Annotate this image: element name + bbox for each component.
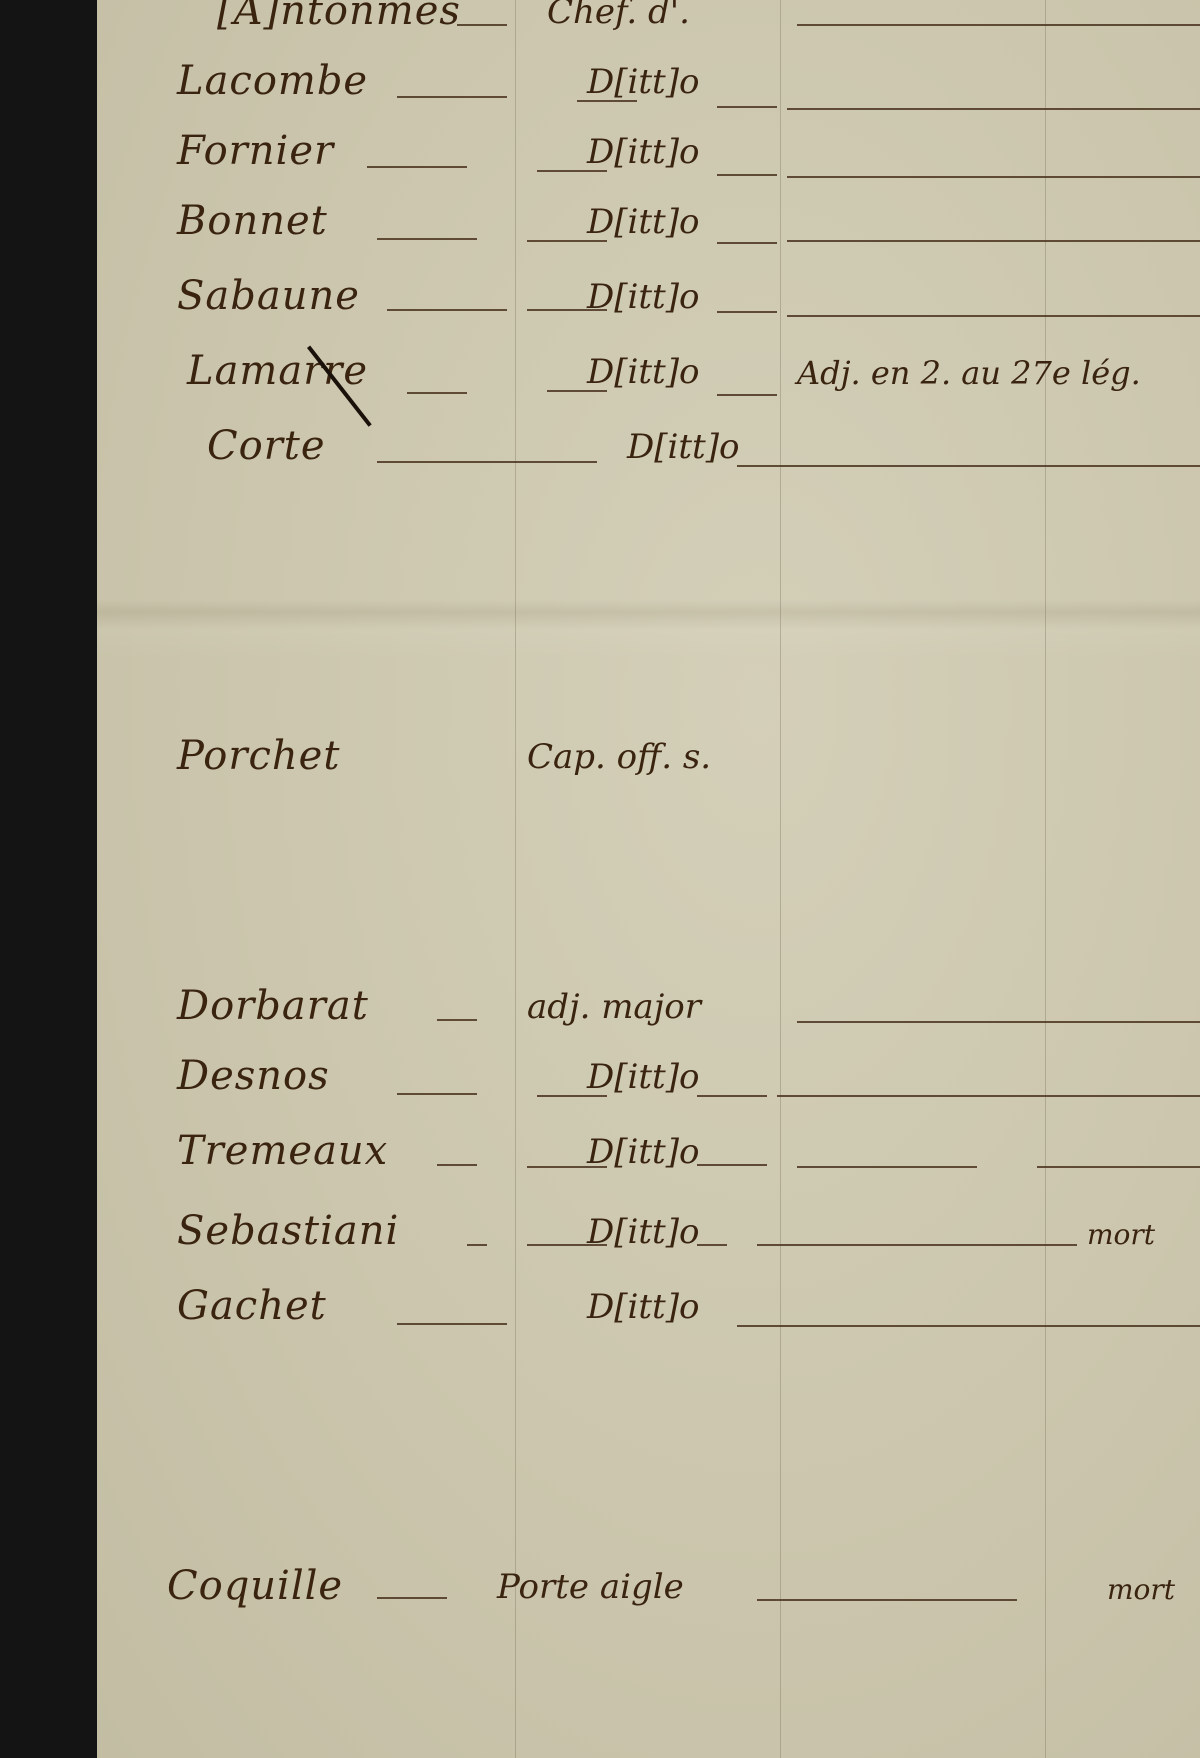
register-row: Coquille Porte aigle mort	[97, 1555, 1200, 1625]
register-row: Corte D[itt]o	[97, 415, 1200, 485]
register-row: Lamarre D[itt]o Adj. en 2. au 27e lég.	[97, 340, 1200, 410]
person-rank: adj. major	[527, 987, 701, 1027]
person-name: Coquille	[167, 1563, 343, 1609]
person-name: Porchet	[177, 733, 340, 779]
person-rank: D[itt]o	[587, 1057, 699, 1097]
person-rank: D[itt]o	[587, 1287, 699, 1327]
person-name: Dorbarat	[177, 983, 369, 1029]
person-rank: D[itt]o	[587, 1212, 699, 1252]
register-row: Fornier D[itt]o	[97, 120, 1200, 190]
person-name: Fornier	[177, 128, 334, 174]
register-row: Dorbarat adj. major	[97, 975, 1200, 1045]
person-rank: D[itt]o	[587, 132, 699, 172]
register-row: Desnos D[itt]o	[97, 1045, 1200, 1115]
person-rank: Porte aigle	[497, 1567, 684, 1607]
person-rank: D[itt]o	[627, 427, 739, 467]
person-rank: D[itt]o	[587, 1132, 699, 1172]
person-status: mort	[1107, 1573, 1175, 1606]
register-row: Gachet D[itt]o	[97, 1275, 1200, 1345]
register-row: Lacombe D[itt]o	[97, 50, 1200, 120]
register-row: [A]ntonmes Chef. d'.	[97, 0, 1200, 50]
person-rank: D[itt]o	[587, 202, 699, 242]
person-name: Sebastiani	[177, 1208, 399, 1254]
person-name: Tremeaux	[177, 1128, 388, 1174]
person-name: Desnos	[177, 1053, 330, 1099]
document-page: [A]ntonmes Chef. d'. Lacombe D[itt]o For…	[97, 0, 1200, 1758]
person-name: Corte	[207, 423, 326, 469]
person-name: Gachet	[177, 1283, 327, 1329]
register-row: Bonnet D[itt]o	[97, 190, 1200, 260]
register-row: Sebastiani D[itt]o mort	[97, 1200, 1200, 1270]
register-row: Sabaune D[itt]o	[97, 265, 1200, 335]
person-name: [A]ntonmes	[217, 0, 461, 34]
person-rank: Chef. d'.	[547, 0, 690, 32]
person-rank: D[itt]o	[587, 352, 699, 392]
person-status: mort	[1087, 1218, 1155, 1251]
register-row: Porchet Cap. off. s.	[97, 725, 1200, 795]
column-rule-1	[515, 0, 516, 1758]
person-note: Adj. en 2. au 27e lég.	[797, 354, 1141, 392]
person-name: Lacombe	[177, 58, 368, 104]
register-row: Tremeaux D[itt]o	[97, 1120, 1200, 1190]
person-name: Sabaune	[177, 273, 360, 319]
person-name: Bonnet	[177, 198, 328, 244]
column-rule-2	[780, 0, 781, 1758]
column-rule-3	[1045, 0, 1046, 1758]
person-rank: D[itt]o	[587, 62, 699, 102]
person-rank: D[itt]o	[587, 277, 699, 317]
person-rank: Cap. off. s.	[527, 737, 711, 777]
